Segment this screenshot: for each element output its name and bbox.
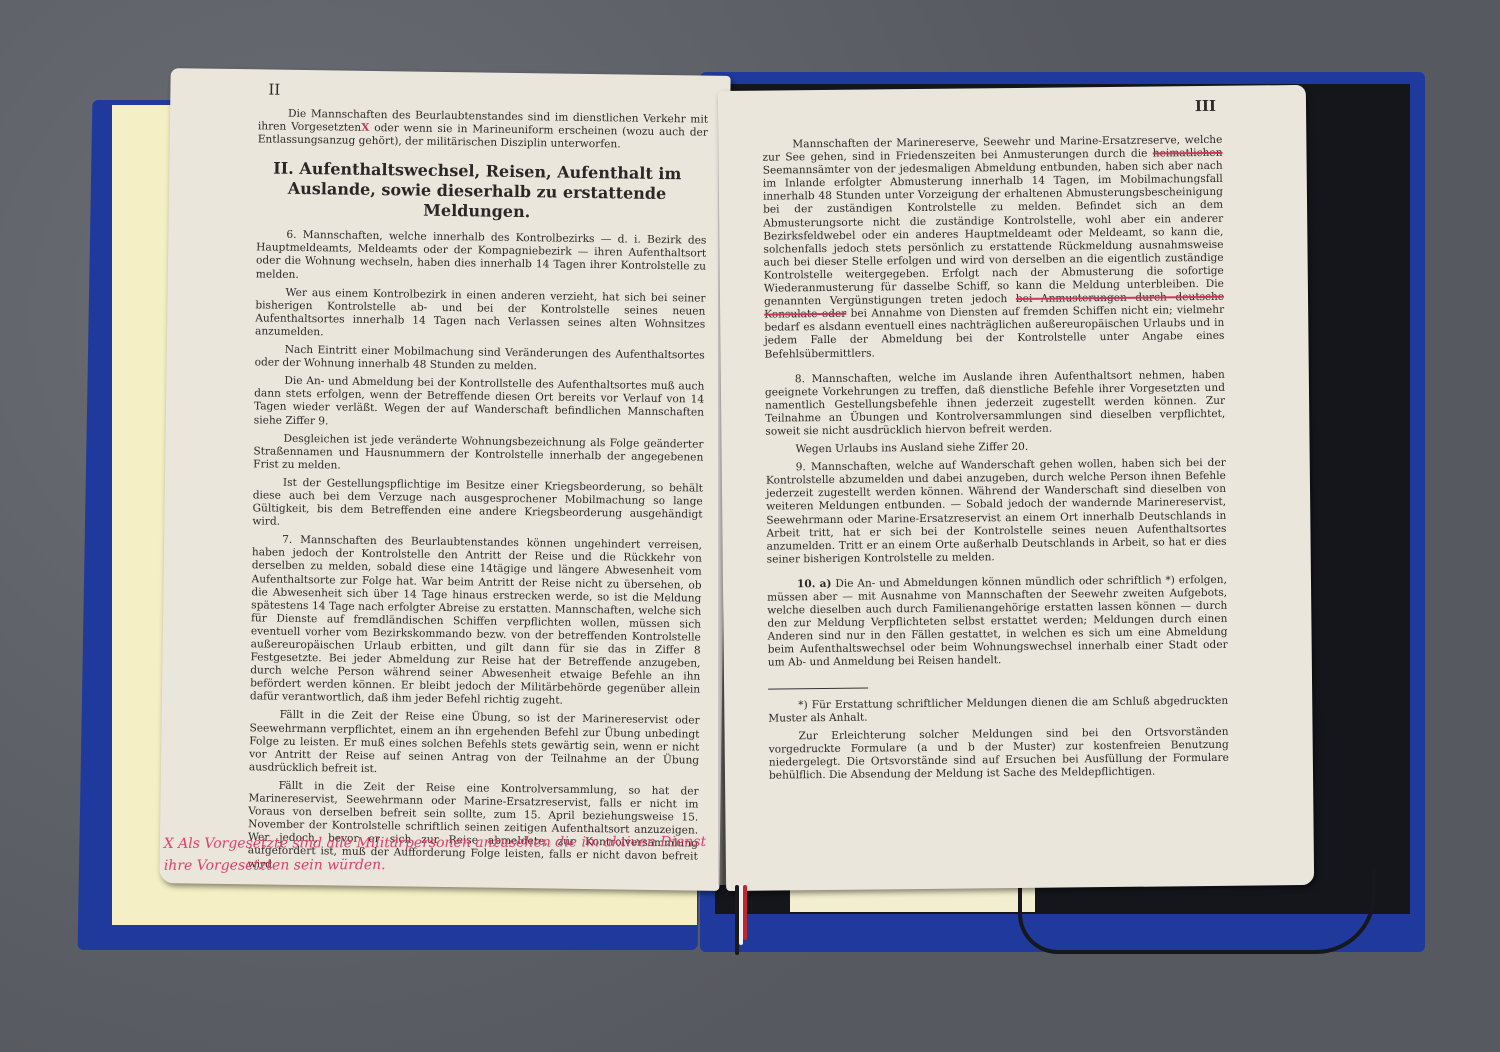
paragraph-8-note: Wegen Urlaubs ins Ausland siehe Ziffer 2… <box>766 439 1226 457</box>
paragraph: Nach Eintritt einer Mobilmachung sind Ve… <box>255 343 705 375</box>
footnote: *) Für Erstattung schriftlicher Meldunge… <box>768 694 1228 725</box>
paragraph-8: 8. Mannschaften, welche im Auslande ihre… <box>765 368 1226 438</box>
footnote-divider <box>768 687 868 689</box>
right-page: III Mannschaften der Marinereserve, Seew… <box>718 85 1314 891</box>
left-page: II Die Mannschaften des Beurlaubtenstand… <box>159 68 730 891</box>
paragraph: 7. Mannschaften des Beurlaubtenstandes k… <box>250 534 702 710</box>
page-number: II <box>268 83 280 96</box>
paragraph-10a: 10. a) Die An- und Abmeldungen können mü… <box>767 574 1228 670</box>
ribbon-red <box>743 885 747 940</box>
bookmark-ribbon <box>735 885 749 970</box>
annotation-x-mark: X <box>361 122 369 134</box>
intro-paragraph: Die Mannschaften des Beurlaubtenstandes … <box>258 107 709 153</box>
struck-text: heimatlichen <box>1153 147 1223 160</box>
handwritten-annotation: X Als Vorgesetzte sind alle Militärperso… <box>164 831 714 877</box>
paragraph: Desgleichen ist jede veränderte Wohnungs… <box>253 432 704 478</box>
paragraph: Ist der Gestellungspflichtige im Besitze… <box>252 476 703 535</box>
paragraph-9: 9. Mannschaften, welche auf Wanderschaft… <box>766 457 1227 567</box>
paragraph: Fällt in die Zeit der Reise eine Übung, … <box>249 709 700 781</box>
paragraph: Die An- und Abmeldung bei der Kontrollst… <box>254 375 705 434</box>
paragraph: Mannschaften der Marinereserve, Seewehr … <box>762 134 1224 361</box>
paragraph: Wer aus einem Kontrolbezirk in einen and… <box>255 286 706 345</box>
section-heading: II. Aufenthaltswechsel, Reisen, Aufentha… <box>247 158 708 224</box>
right-page-content: Mannschaften der Marinereserve, Seewehr … <box>762 134 1229 788</box>
page-number: III <box>1195 100 1216 113</box>
left-page-content: Die Mannschaften des Beurlaubtenstandes … <box>247 107 708 882</box>
footnote-paragraph: Zur Erleichterung solcher Meldungen sind… <box>769 726 1230 783</box>
paragraph: 6. Mannschaften, welche innerhalb des Ko… <box>256 229 707 288</box>
